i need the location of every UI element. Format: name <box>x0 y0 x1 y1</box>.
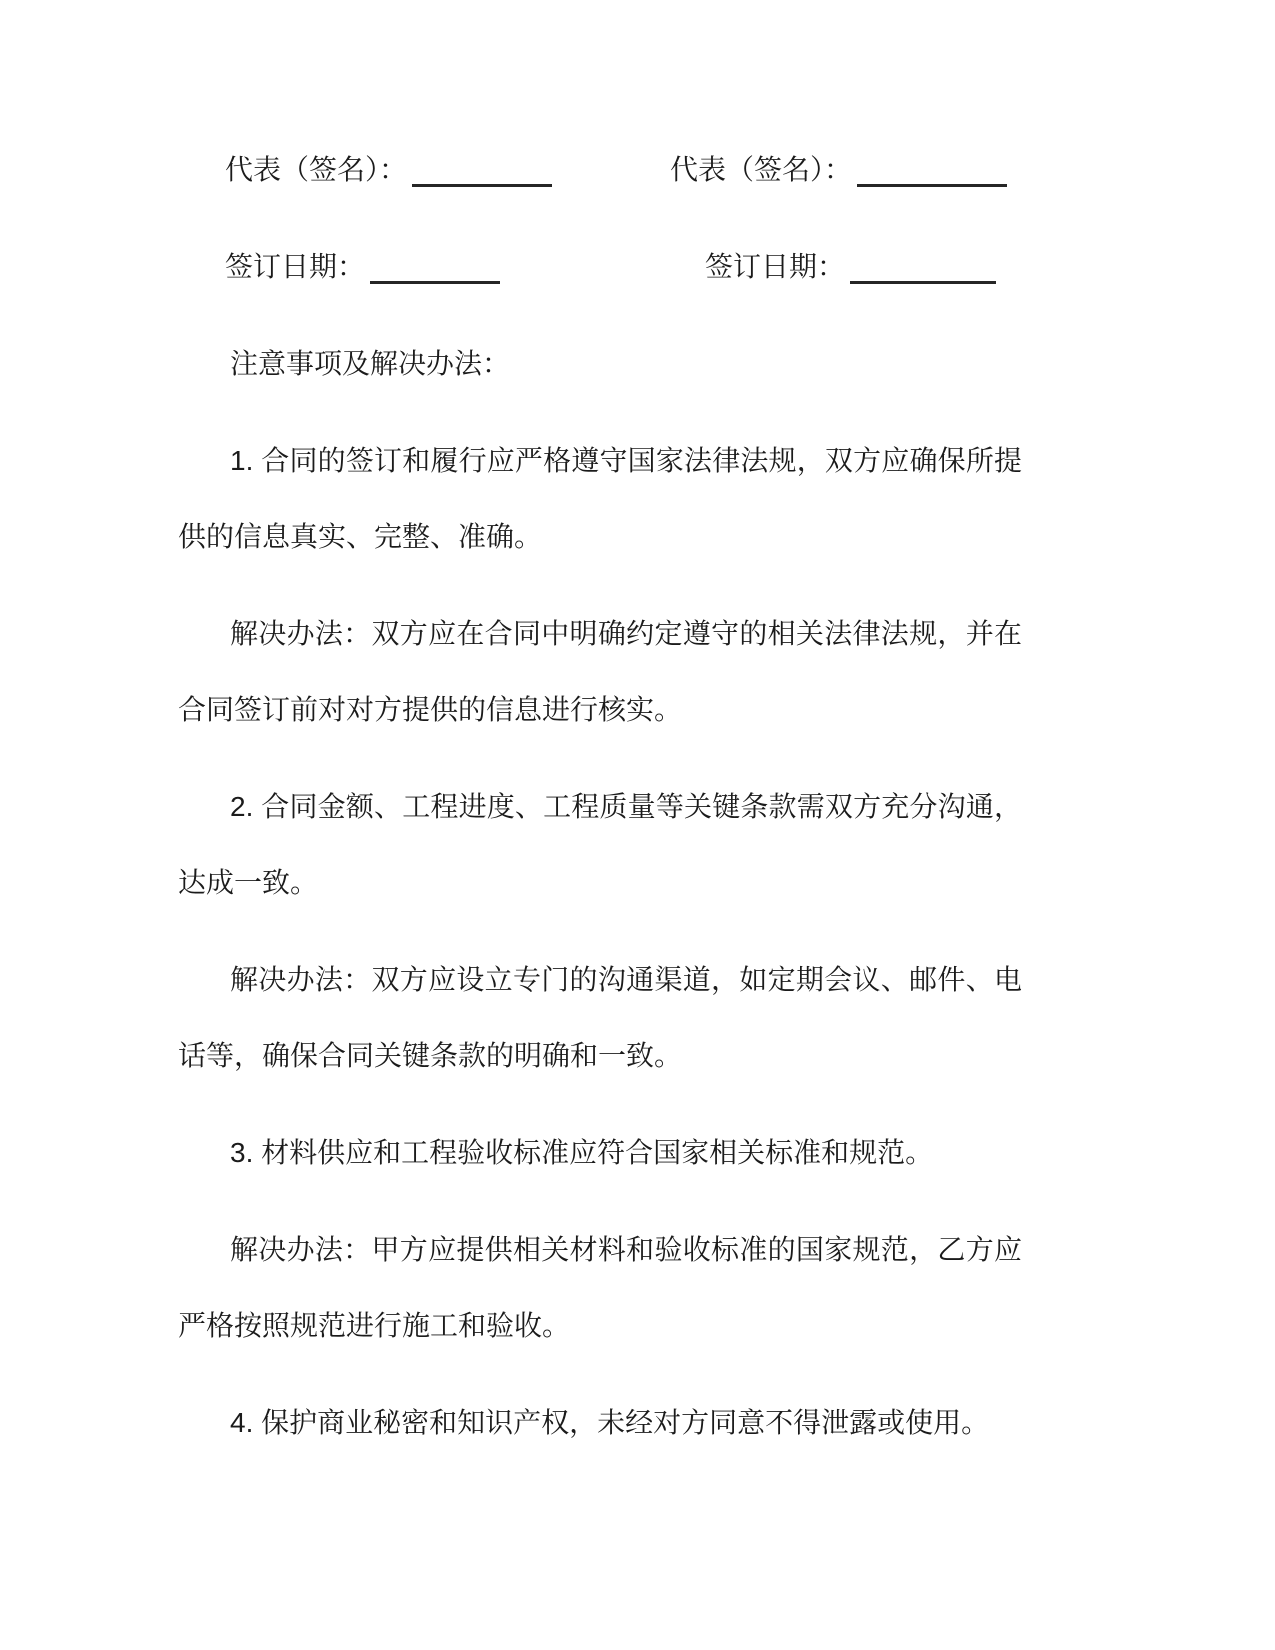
sign-date-right-blank-line <box>850 271 996 284</box>
notice-item-4: 4. 保护商业秘密和知识产权，未经对方同意不得泄露或使用。 <box>178 1385 1022 1461</box>
paragraph-line: 合同签订前对对方提供的信息进行核实。 <box>178 672 1022 748</box>
sign-date-right-group: 签订日期： <box>705 229 996 305</box>
paragraph-line: 达成一致。 <box>178 845 1022 921</box>
notice-item-1: 1. 合同的签订和履行应严格遵守国家法律法规，双方应确保所提 供的信息真实、完整… <box>178 423 1022 575</box>
sign-date-right-label: 签订日期： <box>705 251 845 282</box>
sign-date-left-label: 签订日期： <box>225 251 365 282</box>
notice-heading: 注意事项及解决办法： <box>178 326 1022 402</box>
representative-right-label: 代表（签名）： <box>670 154 852 185</box>
notice-section: 注意事项及解决办法： <box>178 326 1022 402</box>
document-page: 代表（签名）： 代表（签名）： 签订日期： 签订日期： 注意事项及解决办法： 1… <box>0 0 1275 1650</box>
notice-item-2-solution: 解决办法：双方应设立专门的沟通渠道，如定期会议、邮件、电 话等，确保合同关键条款… <box>178 942 1022 1094</box>
notice-item-3: 3. 材料供应和工程验收标准应符合国家相关标准和规范。 <box>178 1115 1022 1191</box>
sign-date-left-blank-line <box>370 271 500 284</box>
paragraph-line: 解决办法：甲方应提供相关材料和验收标准的国家规范，乙方应 <box>178 1212 1022 1288</box>
representative-right-group: 代表（签名）： <box>670 132 1007 208</box>
paragraph-line: 3. 材料供应和工程验收标准应符合国家相关标准和规范。 <box>178 1115 1022 1191</box>
paragraph-line: 2. 合同金额、工程进度、工程质量等关键条款需双方充分沟通， <box>178 769 1022 845</box>
paragraph-line: 解决办法：双方应在合同中明确约定遵守的相关法律法规，并在 <box>178 596 1022 672</box>
notice-item-2: 2. 合同金额、工程进度、工程质量等关键条款需双方充分沟通， 达成一致。 <box>178 769 1022 921</box>
paragraph-line: 1. 合同的签订和履行应严格遵守国家法律法规，双方应确保所提 <box>178 423 1022 499</box>
paragraph-line: 严格按照规范进行施工和验收。 <box>178 1288 1022 1364</box>
signature-row-representative: 代表（签名）： 代表（签名）： <box>178 132 1022 208</box>
paragraph-line: 供的信息真实、完整、准确。 <box>178 499 1022 575</box>
signature-row-date: 签订日期： 签订日期： <box>178 229 1022 305</box>
representative-left-label: 代表（签名）： <box>225 154 407 185</box>
representative-left-blank-line <box>412 174 552 187</box>
notice-item-1-solution: 解决办法：双方应在合同中明确约定遵守的相关法律法规，并在 合同签订前对对方提供的… <box>178 596 1022 748</box>
paragraph-line: 话等，确保合同关键条款的明确和一致。 <box>178 1018 1022 1094</box>
notice-item-3-solution: 解决办法：甲方应提供相关材料和验收标准的国家规范，乙方应 严格按照规范进行施工和… <box>178 1212 1022 1364</box>
representative-right-blank-line <box>857 174 1007 187</box>
paragraph-line: 4. 保护商业秘密和知识产权，未经对方同意不得泄露或使用。 <box>178 1385 1022 1461</box>
paragraph-line: 解决办法：双方应设立专门的沟通渠道，如定期会议、邮件、电 <box>178 942 1022 1018</box>
